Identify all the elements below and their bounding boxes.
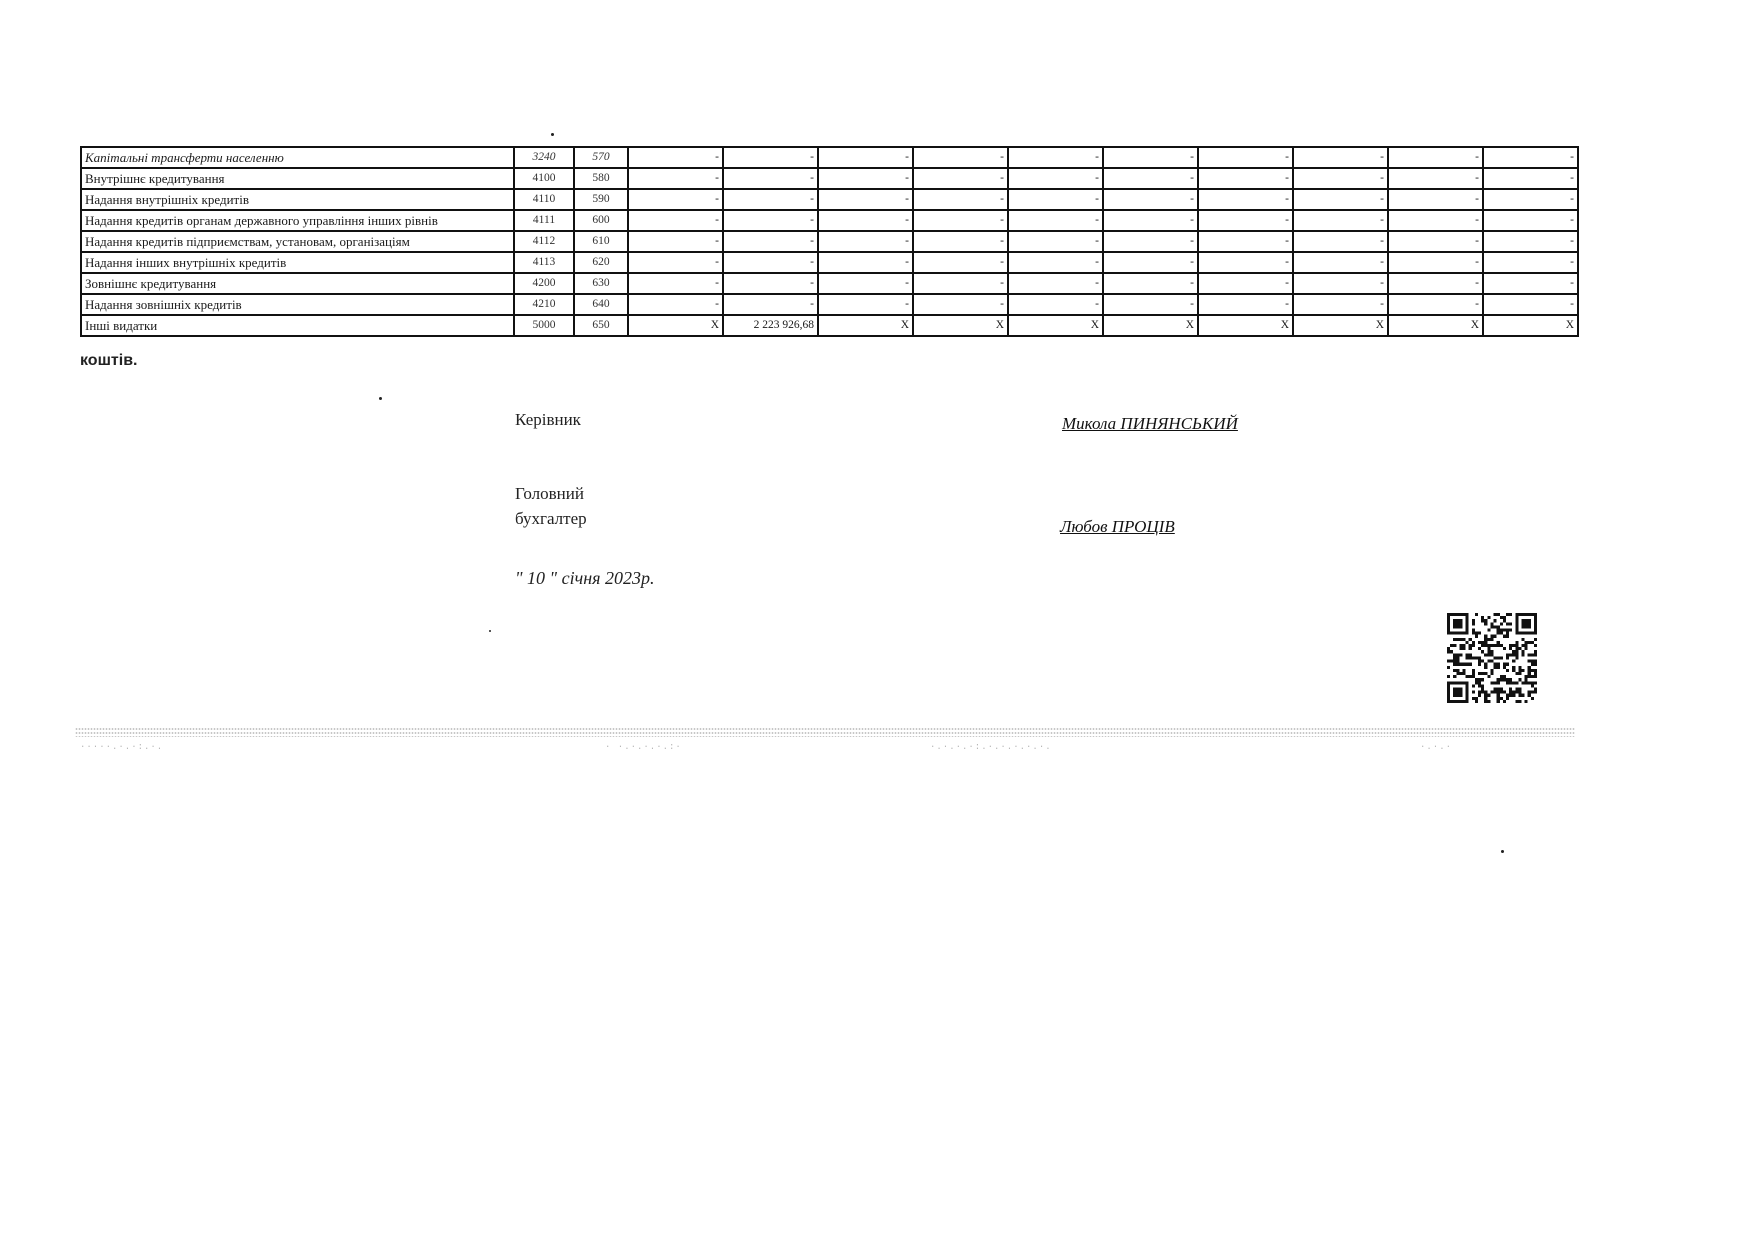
table-row: Капітальні трансферти населенню3240570--… bbox=[81, 147, 1578, 168]
value-cell: - bbox=[628, 252, 723, 273]
footer-scan-noise-4: ·.·.· bbox=[1420, 742, 1452, 752]
value-cell: - bbox=[1198, 210, 1293, 231]
value-cell: - bbox=[1198, 231, 1293, 252]
value-cell: - bbox=[818, 210, 913, 231]
value-cell: X bbox=[628, 315, 723, 336]
accountant-label-line2: бухгалтер bbox=[515, 509, 587, 529]
row-code: 4113 bbox=[514, 252, 574, 273]
value-cell: - bbox=[1483, 231, 1578, 252]
value-cell: - bbox=[1293, 147, 1388, 168]
value-cell: - bbox=[1388, 189, 1483, 210]
row-label: Інші видатки bbox=[81, 315, 514, 336]
table-row: Надання кредитів підприємствам, установа… bbox=[81, 231, 1578, 252]
row-label: Внутрішнє кредитування bbox=[81, 168, 514, 189]
value-cell: X bbox=[1198, 315, 1293, 336]
value-cell: - bbox=[1103, 189, 1198, 210]
value-cell: - bbox=[1198, 252, 1293, 273]
value-cell: - bbox=[1293, 231, 1388, 252]
value-cell: - bbox=[818, 231, 913, 252]
table-row: Надання інших внутрішніх кредитів4113620… bbox=[81, 252, 1578, 273]
value-cell: - bbox=[1483, 147, 1578, 168]
value-cell: - bbox=[1198, 168, 1293, 189]
expenditure-table: Капітальні трансферти населенню3240570--… bbox=[80, 146, 1579, 337]
value-cell: - bbox=[818, 168, 913, 189]
row-number: 650 bbox=[574, 315, 628, 336]
director-name: Микола ПИНЯНСЬКИЙ bbox=[1062, 414, 1238, 434]
row-code: 4111 bbox=[514, 210, 574, 231]
table-row: Надання внутрішніх кредитів4110590------… bbox=[81, 189, 1578, 210]
row-number: 590 bbox=[574, 189, 628, 210]
value-cell: - bbox=[723, 189, 818, 210]
row-code: 5000 bbox=[514, 315, 574, 336]
scan-speck bbox=[489, 630, 491, 632]
value-cell: - bbox=[1008, 168, 1103, 189]
value-cell: - bbox=[1293, 189, 1388, 210]
table-row: Внутрішнє кредитування4100580---------- bbox=[81, 168, 1578, 189]
value-cell: - bbox=[1008, 189, 1103, 210]
value-cell: - bbox=[1293, 210, 1388, 231]
value-cell: - bbox=[818, 189, 913, 210]
value-cell: - bbox=[1103, 252, 1198, 273]
value-cell: - bbox=[818, 252, 913, 273]
scan-speck bbox=[1501, 850, 1504, 853]
value-cell: - bbox=[1008, 147, 1103, 168]
row-label: Надання кредитів органам державного упра… bbox=[81, 210, 514, 231]
value-cell: - bbox=[913, 273, 1008, 294]
row-code: 4200 bbox=[514, 273, 574, 294]
accountant-name: Любов ПРОЦІВ bbox=[1060, 517, 1175, 537]
value-cell: - bbox=[913, 231, 1008, 252]
value-cell: - bbox=[1388, 273, 1483, 294]
footer-scan-noise-1: ·····.·.·:.·. bbox=[80, 742, 163, 752]
value-cell: - bbox=[1483, 294, 1578, 315]
value-cell: X bbox=[913, 315, 1008, 336]
value-cell: - bbox=[628, 294, 723, 315]
value-cell: - bbox=[723, 168, 818, 189]
value-cell: - bbox=[1293, 252, 1388, 273]
value-cell: - bbox=[1388, 231, 1483, 252]
table-row: Надання зовнішніх кредитів4210640-------… bbox=[81, 294, 1578, 315]
value-cell: - bbox=[628, 168, 723, 189]
value-cell: - bbox=[1198, 294, 1293, 315]
value-cell: - bbox=[1293, 294, 1388, 315]
value-cell: X bbox=[1483, 315, 1578, 336]
value-cell: - bbox=[1103, 294, 1198, 315]
value-cell: X bbox=[818, 315, 913, 336]
value-cell: - bbox=[1008, 294, 1103, 315]
value-cell: - bbox=[628, 273, 723, 294]
row-code: 4100 bbox=[514, 168, 574, 189]
value-cell: - bbox=[628, 210, 723, 231]
value-cell: - bbox=[723, 294, 818, 315]
scan-speck bbox=[551, 133, 554, 136]
value-cell: - bbox=[1483, 210, 1578, 231]
value-cell: - bbox=[913, 189, 1008, 210]
value-cell: - bbox=[723, 147, 818, 168]
value-cell: - bbox=[1008, 231, 1103, 252]
value-cell: - bbox=[1483, 252, 1578, 273]
value-cell: - bbox=[1103, 147, 1198, 168]
value-cell: - bbox=[1388, 294, 1483, 315]
value-cell: - bbox=[628, 231, 723, 252]
value-cell: - bbox=[1483, 273, 1578, 294]
row-number: 570 bbox=[574, 147, 628, 168]
value-cell: - bbox=[1388, 210, 1483, 231]
footer-scan-noise-3: ·.·.·.·:.·.·.·.·.·. bbox=[930, 742, 1052, 752]
scan-speck bbox=[379, 397, 382, 400]
row-code: 3240 bbox=[514, 147, 574, 168]
value-cell: - bbox=[1388, 252, 1483, 273]
value-cell: - bbox=[913, 252, 1008, 273]
footer-dotted-band bbox=[75, 727, 1575, 737]
table-row: Інші видатки5000650X2 223 926,68XXXXXXXX bbox=[81, 315, 1578, 336]
value-cell: - bbox=[628, 147, 723, 168]
row-number: 640 bbox=[574, 294, 628, 315]
row-label: Зовнішнє кредитування bbox=[81, 273, 514, 294]
row-code: 4110 bbox=[514, 189, 574, 210]
director-label: Керівник bbox=[515, 410, 581, 430]
value-cell: - bbox=[628, 189, 723, 210]
value-cell: - bbox=[1198, 147, 1293, 168]
value-cell: - bbox=[1103, 210, 1198, 231]
value-cell: - bbox=[723, 210, 818, 231]
value-cell: - bbox=[1483, 189, 1578, 210]
value-cell: X bbox=[1293, 315, 1388, 336]
qr-code-icon bbox=[1447, 608, 1537, 708]
table-row: Надання кредитів органам державного упра… bbox=[81, 210, 1578, 231]
value-cell: - bbox=[1293, 273, 1388, 294]
footer-scan-noise-2: · ·.·.·.·.:· bbox=[605, 742, 682, 752]
value-cell: - bbox=[818, 147, 913, 168]
value-cell: - bbox=[723, 273, 818, 294]
value-cell: - bbox=[1198, 273, 1293, 294]
value-cell: - bbox=[818, 294, 913, 315]
value-cell: - bbox=[913, 168, 1008, 189]
document-date: " 10 " січня 2023р. bbox=[515, 568, 655, 589]
value-cell: - bbox=[1293, 168, 1388, 189]
accountant-label-line1: Головний bbox=[515, 484, 584, 504]
value-cell: - bbox=[1198, 189, 1293, 210]
value-cell: - bbox=[913, 210, 1008, 231]
value-cell: X bbox=[1103, 315, 1198, 336]
row-label: Капітальні трансферти населенню bbox=[81, 147, 514, 168]
value-cell: - bbox=[1388, 147, 1483, 168]
row-label: Надання зовнішніх кредитів bbox=[81, 294, 514, 315]
row-label: Надання кредитів підприємствам, установа… bbox=[81, 231, 514, 252]
row-number: 630 bbox=[574, 273, 628, 294]
row-code: 4112 bbox=[514, 231, 574, 252]
value-cell: - bbox=[818, 273, 913, 294]
row-number: 600 bbox=[574, 210, 628, 231]
value-cell: - bbox=[1483, 168, 1578, 189]
table-body: Капітальні трансферти населенню3240570--… bbox=[81, 147, 1578, 336]
value-cell: X bbox=[1388, 315, 1483, 336]
value-cell: - bbox=[1008, 210, 1103, 231]
value-cell: - bbox=[1103, 231, 1198, 252]
trailing-text: коштів. bbox=[80, 352, 137, 370]
row-number: 580 bbox=[574, 168, 628, 189]
value-cell: - bbox=[1103, 273, 1198, 294]
value-cell: X bbox=[1008, 315, 1103, 336]
value-cell: - bbox=[1103, 168, 1198, 189]
value-cell: - bbox=[913, 147, 1008, 168]
table-row: Зовнішнє кредитування4200630---------- bbox=[81, 273, 1578, 294]
document-page: Капітальні трансферти населенню3240570--… bbox=[0, 0, 1753, 1240]
value-cell: - bbox=[723, 252, 818, 273]
row-number: 610 bbox=[574, 231, 628, 252]
value-cell: 2 223 926,68 bbox=[723, 315, 818, 336]
row-number: 620 bbox=[574, 252, 628, 273]
value-cell: - bbox=[1008, 252, 1103, 273]
value-cell: - bbox=[723, 231, 818, 252]
row-label: Надання інших внутрішніх кредитів bbox=[81, 252, 514, 273]
value-cell: - bbox=[913, 294, 1008, 315]
row-label: Надання внутрішніх кредитів bbox=[81, 189, 514, 210]
row-code: 4210 bbox=[514, 294, 574, 315]
value-cell: - bbox=[1008, 273, 1103, 294]
value-cell: - bbox=[1388, 168, 1483, 189]
